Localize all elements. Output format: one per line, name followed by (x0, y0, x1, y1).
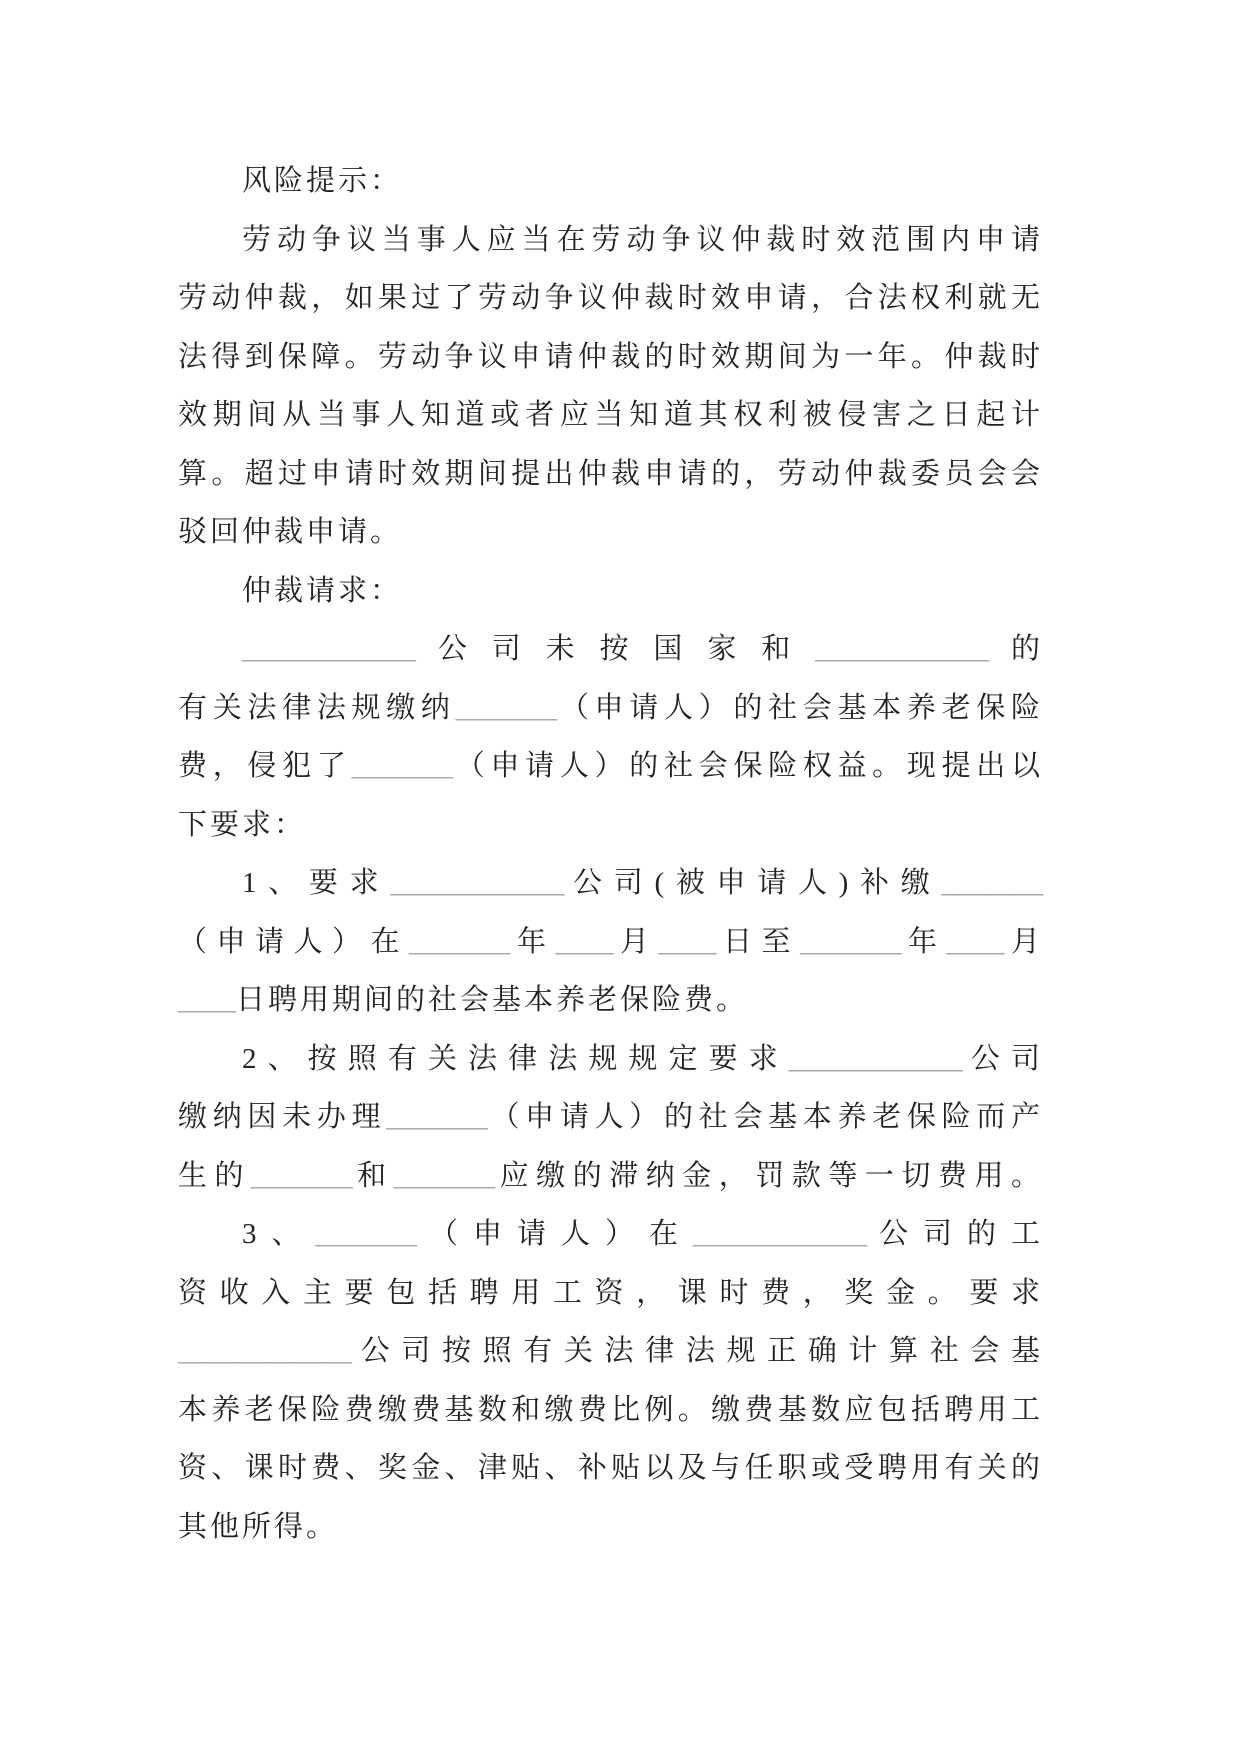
text-line: 劳动争议当事人应当在劳动争议仲裁时效范围内申请 (178, 211, 1043, 270)
text-line: （申请人）在_______年____月____日至_______年____月 (178, 913, 1043, 972)
blank-underline: _______ (386, 1101, 488, 1133)
text-line: 风险提示： (178, 152, 1043, 211)
blank-underline: ____ (658, 926, 716, 958)
blank-underline: _______ (800, 926, 902, 958)
blank-underline: _______ (251, 1160, 353, 1192)
paragraph-risk-notice-heading: 风险提示： (178, 152, 1043, 211)
paragraph-arbitration-request-heading: 仲裁请求： (178, 562, 1043, 621)
blank-underline: ____________ (789, 1043, 963, 1075)
text-line: 有关法律法规缴纳_______（申请人）的社会基本养老保险 (178, 679, 1043, 738)
blank-underline: ____ (178, 984, 236, 1016)
paragraph-risk-notice-body: 劳动争议当事人应当在劳动争议仲裁时效范围内申请劳动仲裁，如果过了劳动争议仲裁时效… (178, 211, 1043, 562)
text-line: 本养老保险费缴费基数和缴费比例。缴费基数应包括聘用工 (178, 1381, 1043, 1440)
blank-underline: _______ (316, 1218, 418, 1250)
blank-underline: ____________ (242, 633, 416, 665)
text-line: 缴纳因未办理_______（申请人）的社会基本养老保险而产 (178, 1088, 1043, 1147)
text-line: 下要求： (178, 796, 1043, 855)
blank-underline: _______ (456, 692, 558, 724)
text-line: 驳回仲裁申请。 (178, 503, 1043, 562)
blank-underline: ____________ (815, 633, 989, 665)
text-line: 资、课时费、奖金、津贴、补贴以及与任职或受聘用有关的 (178, 1439, 1043, 1498)
paragraph-arbitration-request-body: ____________公司未按国家和____________的有关法律法规缴纳… (178, 620, 1043, 854)
blank-underline: ____________ (178, 1335, 352, 1367)
blank-underline: ____________ (390, 867, 564, 899)
blank-underline: _______ (394, 1160, 496, 1192)
text-line: 其他所得。 (178, 1498, 1043, 1557)
blank-underline: ____ (946, 926, 1004, 958)
blank-underline: _______ (941, 867, 1043, 899)
text-line: ____________公司未按国家和____________的 (178, 620, 1043, 679)
blank-underline: _______ (409, 926, 511, 958)
text-line: 法得到保障。劳动争议申请仲裁的时效期间为一年。仲裁时 (178, 328, 1043, 387)
blank-underline: _______ (352, 750, 454, 782)
blank-underline: ____________ (693, 1218, 867, 1250)
text-line: 费，侵犯了_______（申请人）的社会保险权益。现提出以 (178, 737, 1043, 796)
text-line: 资收入主要包括聘用工资，课时费，奖金。要求 (178, 1264, 1043, 1323)
text-line: ____________公司按照有关法律法规正确计算社会基 (178, 1322, 1043, 1381)
text-line: 仲裁请求： (178, 562, 1043, 621)
text-line: 3、_______（申请人）在____________公司的工 (178, 1205, 1043, 1264)
text-line: 算。超过申请时效期间提出仲裁申请的，劳动仲裁委员会会 (178, 445, 1043, 504)
text-line: 1、要求____________公司(被申请人)补缴_______ (178, 854, 1043, 913)
text-line: 效期间从当事人知道或者应当知道其权利被侵害之日起计 (178, 386, 1043, 445)
paragraph-request-item-3: 3、_______（申请人）在____________公司的工资收入主要包括聘用… (178, 1205, 1043, 1556)
blank-underline: ____ (555, 926, 613, 958)
text-line: 劳动仲裁，如果过了劳动争议仲裁时效申请，合法权利就无 (178, 269, 1043, 328)
paragraph-request-item-2: 2、按照有关法律法规规定要求____________公司缴纳因未办理______… (178, 1030, 1043, 1206)
text-line: ____日聘用期间的社会基本养老保险费。 (178, 971, 1043, 1030)
text-line: 生的_______和_______应缴的滞纳金，罚款等一切费用。 (178, 1147, 1043, 1206)
document-body: 风险提示：劳动争议当事人应当在劳动争议仲裁时效范围内申请劳动仲裁，如果过了劳动争… (178, 152, 1043, 1556)
text-line: 2、按照有关法律法规规定要求____________公司 (178, 1030, 1043, 1089)
document-page: 风险提示：劳动争议当事人应当在劳动争议仲裁时效范围内申请劳动仲裁，如果过了劳动争… (0, 0, 1241, 1754)
paragraph-request-item-1: 1、要求____________公司(被申请人)补缴_______（申请人）在_… (178, 854, 1043, 1030)
